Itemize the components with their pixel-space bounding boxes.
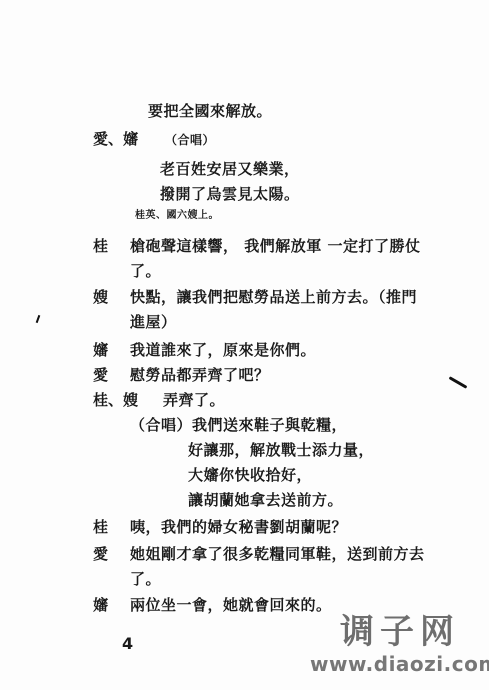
dialogue-line: 兩位坐一會，她就會回來的。 bbox=[130, 596, 332, 614]
scan-speck bbox=[36, 315, 41, 323]
lyric-line: 老百姓安居又樂業， bbox=[160, 160, 300, 178]
lyric-line: 好讓那，解放戰士添力量， bbox=[188, 441, 374, 459]
lyric-line: 要把全國來解放。 bbox=[148, 102, 272, 120]
speaker-label: 嫂 bbox=[93, 288, 108, 306]
speaker-label: 桂、嫂 bbox=[93, 391, 138, 409]
scanned-page: 要把全國來解放。 愛、嬸 （合唱） 老百姓安居又樂業， 撥開了烏雲見太陽。 桂英… bbox=[0, 0, 489, 690]
stage-direction: 桂英、國六嫂上。 bbox=[135, 210, 219, 222]
page-number: 4 bbox=[122, 634, 133, 653]
lyric-line: （合唱）我們送來鞋子與乾糧， bbox=[130, 416, 347, 434]
dialogue-line: 她姐剛才拿了很多乾糧同軍鞋，送到前方去 bbox=[130, 545, 425, 563]
speaker-label: 愛 bbox=[93, 366, 108, 384]
stage-direction: 進屋） bbox=[130, 313, 177, 331]
dialogue-line: 我道誰來了，原來是你們。 bbox=[130, 341, 316, 359]
lyric-line: 讓胡蘭她拿去送前方。 bbox=[188, 491, 343, 509]
speaker-label: 桂 bbox=[93, 237, 108, 255]
dialogue-line: 槍砲聲這樣響， 我們解放軍 一定打了勝仗 bbox=[130, 237, 420, 255]
lyric-line: 撥開了烏雲見太陽。 bbox=[160, 185, 300, 203]
speaker-label: 桂 bbox=[93, 518, 108, 536]
dialogue-line: 咦，我們的婦女秘書劉胡蘭呢？ bbox=[130, 518, 347, 536]
dialogue-line: 快點，讓我們把慰勞品送上前方去。（推門 bbox=[130, 288, 417, 306]
watermark: 调子网 www.diaozi.com bbox=[310, 612, 489, 676]
lyric-line: 大嬸你快收拾好， bbox=[188, 466, 312, 484]
speaker-label: 嬸 bbox=[93, 341, 108, 359]
speaker-label: 愛 bbox=[93, 545, 108, 563]
stage-direction: （合唱） bbox=[165, 131, 215, 149]
dialogue-line: 弄齊了。 bbox=[163, 391, 225, 409]
dialogue-line: 了。 bbox=[130, 262, 161, 280]
watermark-url: www.diaozi.com bbox=[310, 652, 489, 676]
dialogue-line: 慰勞品都弄齊了吧？ bbox=[130, 366, 270, 384]
dialogue-line: 了。 bbox=[130, 570, 161, 588]
watermark-title: 调子网 bbox=[310, 612, 489, 652]
scan-speck bbox=[449, 376, 468, 389]
speaker-label: 嬸 bbox=[93, 596, 108, 614]
speaker-label: 愛、嬸 bbox=[93, 130, 138, 148]
